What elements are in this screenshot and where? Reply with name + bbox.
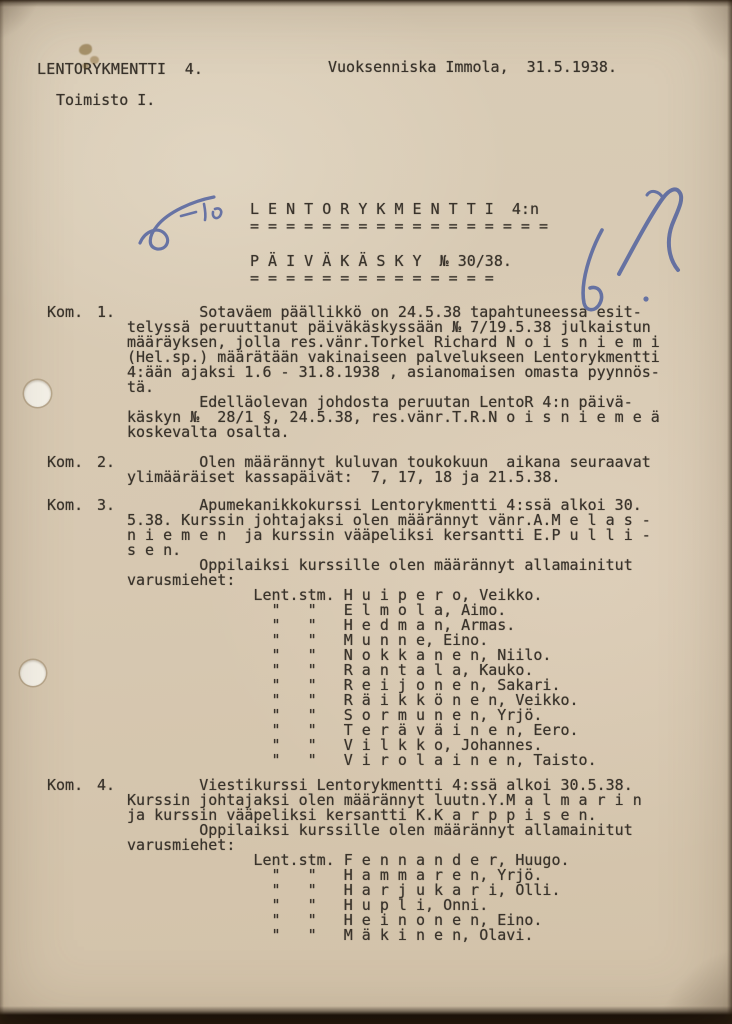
punch-hole-bottom [20, 660, 46, 686]
section-label: Kom. [47, 778, 83, 793]
handwritten-pen-initials [583, 230, 602, 310]
text-line: n i e m e n ja kurssin vääpeliksi kersan… [127, 528, 651, 543]
section-number: 4. [97, 778, 115, 793]
handwritten-pen-scribble [140, 197, 214, 249]
text-line: 4:ään ajaksi 1.6 - 31.8.1938 , asianomai… [127, 365, 660, 380]
paragraph: Viestikurssi Lentorykmentti 4:ssä alkoi … [127, 778, 642, 943]
section-body: Olen määrännyt kuluvan toukokuun aikana … [127, 455, 651, 485]
handwritten-pen-initials [619, 189, 681, 274]
paragraph: Apumekanikkokurssi Lentorykmentti 4:ssä … [127, 498, 651, 768]
handwritten-pen-initials [643, 296, 648, 301]
office-line: Toimisto I. [56, 93, 155, 108]
text-line: " " M ä k i n e n, Olavi. [127, 928, 642, 943]
order-subtitle: P Ä I V Ä K Ä S K Y № 30/38. [250, 254, 512, 269]
section-label: Kom. [47, 455, 83, 470]
order-title-underline: = = = = = = = = = = = = = = = = = [250, 219, 548, 234]
section-label: Kom. [47, 305, 83, 320]
section-body: Apumekanikkokurssi Lentorykmentti 4:ssä … [127, 498, 651, 768]
unit-name: LENTORYKMENTTI 4. [37, 62, 203, 77]
section-number: 2. [97, 455, 115, 470]
text-line: " " V i r o l a i n e n, Taisto. [127, 753, 651, 768]
paper-stain [79, 44, 92, 55]
section-label: Kom. [47, 498, 83, 513]
paragraph: Edelläolevan johdosta peruutan LentoR 4:… [127, 395, 660, 440]
dateline: Vuoksenniska Immola, 31.5.1938. [328, 60, 617, 75]
text-line: ylimääräiset kassapäivät: 7, 17, 18 ja 2… [127, 470, 651, 485]
section-number: 1. [97, 305, 115, 320]
section-body: Sotaväem päällikkö on 24.5.38 tapahtunee… [127, 305, 660, 440]
punch-hole-top [24, 380, 51, 407]
paragraph: Olen määrännyt kuluvan toukokuun aikana … [127, 455, 651, 485]
document-photo: LENTORYKMENTTI 4. Vuoksenniska Immola, 3… [0, 0, 732, 1024]
handwritten-pen-scribble [204, 204, 205, 220]
order-subtitle-underline: = = = = = = = = = = = = = = [250, 271, 494, 286]
paragraph: Sotaväem päällikkö on 24.5.38 tapahtunee… [127, 305, 660, 395]
section-number: 3. [97, 498, 115, 513]
handwritten-pen-scribble [213, 208, 221, 218]
handwritten-pen-scribble [181, 212, 196, 216]
order-title: L E N T O R Y K M E N T T I 4:n [250, 202, 539, 217]
handwritten-pen-initials [647, 191, 663, 198]
section-body: Viestikurssi Lentorykmentti 4:ssä alkoi … [127, 778, 642, 943]
text-line: koskevalta osalta. [127, 425, 660, 440]
